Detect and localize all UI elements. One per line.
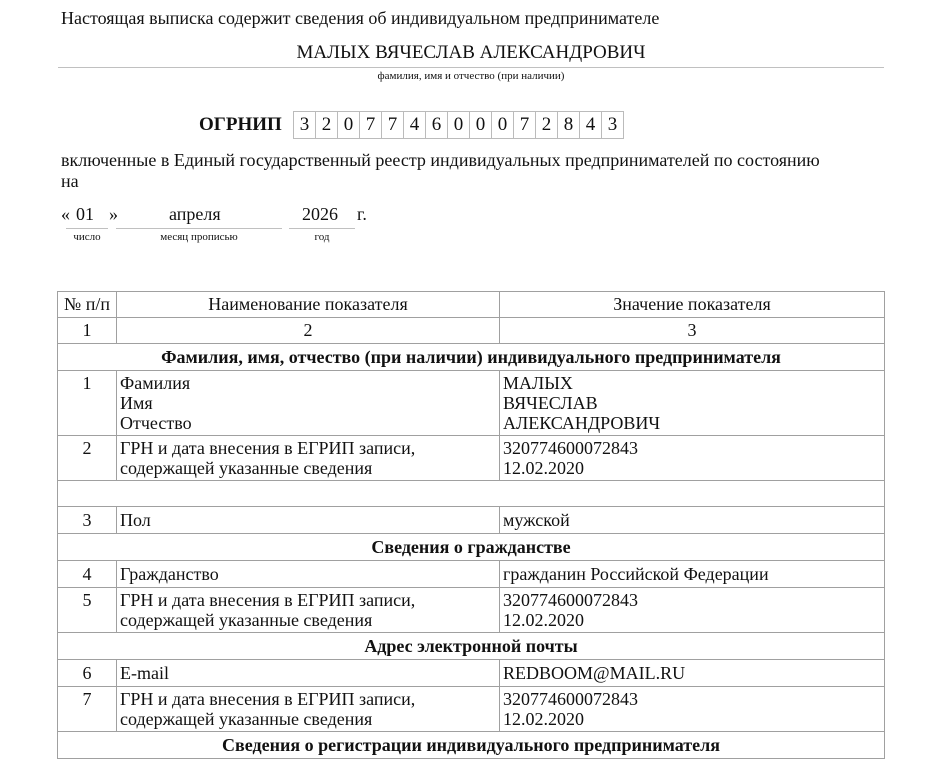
indicator-value-line: 12.02.2020 bbox=[503, 709, 881, 729]
indicator-value-line: 12.02.2020 bbox=[503, 458, 881, 478]
close-quote: » bbox=[109, 204, 118, 225]
column-number-2: 2 bbox=[117, 318, 500, 344]
date-month: апреля bbox=[169, 204, 221, 225]
indicator-value-line: АЛЕКСАНДРОВИЧ bbox=[503, 413, 881, 433]
entrepreneur-full-name: МАЛЫХ ВЯЧЕСЛАВ АЛЕКСАНДРОВИЧ bbox=[58, 42, 884, 64]
indicator-value-line: 12.02.2020 bbox=[503, 610, 881, 630]
section-title: Фамилия, имя, отчество (при наличии) инд… bbox=[58, 344, 885, 371]
indicator-name-line: содержащей указанные сведения bbox=[120, 458, 496, 478]
indicator-name: ГРН и дата внесения в ЕГРИП записи,содер… bbox=[117, 687, 500, 732]
ogrnip-digit: 2 bbox=[315, 111, 338, 139]
indicator-value: МАЛЫХВЯЧЕСЛАВАЛЕКСАНДРОВИЧ bbox=[500, 371, 885, 436]
indicator-value: 32077460007284312.02.2020 bbox=[500, 436, 885, 481]
table-row: 6E-mailREDBOOM@MAIL.RU bbox=[58, 660, 885, 687]
indicator-name: ГРН и дата внесения в ЕГРИП записи,содер… bbox=[117, 588, 500, 633]
year-underline bbox=[289, 228, 355, 229]
empty-cell bbox=[58, 481, 885, 507]
ogrnip-digit: 7 bbox=[513, 111, 536, 139]
name-underline bbox=[58, 67, 884, 68]
empty-row bbox=[58, 481, 885, 507]
indicator-value-line: МАЛЫХ bbox=[503, 373, 881, 393]
indicator-value: REDBOOM@MAIL.RU bbox=[500, 660, 885, 687]
ogrnip-digit-boxes: 320774600072843 bbox=[294, 111, 624, 139]
ogrnip-digit: 0 bbox=[447, 111, 470, 139]
indicator-name-line: содержащей указанные сведения bbox=[120, 610, 496, 630]
ogrnip-digit: 7 bbox=[381, 111, 404, 139]
indicator-value-line: 320774600072843 bbox=[503, 689, 881, 709]
indicator-value: 32077460007284312.02.2020 bbox=[500, 687, 885, 732]
indicator-name: E-mail bbox=[117, 660, 500, 687]
indicator-value-line: мужской bbox=[503, 507, 881, 533]
row-number: 6 bbox=[58, 660, 117, 687]
date-day: 01 bbox=[76, 204, 94, 225]
ogrnip-digit: 3 bbox=[293, 111, 316, 139]
name-caption: фамилия, имя и отчество (при наличии) bbox=[58, 70, 884, 82]
row-number: 2 bbox=[58, 436, 117, 481]
header-indicator-value: Значение показателя bbox=[500, 292, 885, 318]
year-suffix: г. bbox=[357, 204, 367, 225]
open-quote: « bbox=[61, 204, 70, 225]
indicator-value-line: 320774600072843 bbox=[503, 590, 881, 610]
row-number: 7 bbox=[58, 687, 117, 732]
table-row: 2ГРН и дата внесения в ЕГРИП записи,соде… bbox=[58, 436, 885, 481]
column-numbers-row: 1 2 3 bbox=[58, 318, 885, 344]
indicator-name-line: Имя bbox=[120, 393, 496, 413]
ogrnip-digit: 4 bbox=[579, 111, 602, 139]
day-caption: число bbox=[66, 231, 108, 243]
indicator-name-line: E-mail bbox=[120, 660, 496, 686]
indicator-value-line: ВЯЧЕСЛАВ bbox=[503, 393, 881, 413]
indicator-name-line: Гражданство bbox=[120, 561, 496, 587]
ogrnip-digit: 6 bbox=[425, 111, 448, 139]
indicator-name-line: ГРН и дата внесения в ЕГРИП записи, bbox=[120, 590, 496, 610]
indicator-name-line: ГРН и дата внесения в ЕГРИП записи, bbox=[120, 438, 496, 458]
section-header-row: Сведения о гражданстве bbox=[58, 534, 885, 561]
indicator-value-line: гражданин Российской Федерации bbox=[503, 561, 881, 587]
indicator-value-line: 320774600072843 bbox=[503, 438, 881, 458]
ogrnip-digit: 2 bbox=[535, 111, 558, 139]
ogrnip-digit: 4 bbox=[403, 111, 426, 139]
indicator-name-line: Отчество bbox=[120, 413, 496, 433]
table-row: 1ФамилияИмяОтчествоМАЛЫХВЯЧЕСЛАВАЛЕКСАНД… bbox=[58, 371, 885, 436]
indicator-value-line: REDBOOM@MAIL.RU bbox=[503, 660, 881, 686]
ogrnip-digit: 0 bbox=[469, 111, 492, 139]
section-header-row: Адрес электронной почты bbox=[58, 633, 885, 660]
header-indicator-name: Наименование показателя bbox=[117, 292, 500, 318]
extract-table: № п/п Наименование показателя Значение п… bbox=[57, 291, 885, 759]
ogrnip-digit: 8 bbox=[557, 111, 580, 139]
indicator-name-line: содержащей указанные сведения bbox=[120, 709, 496, 729]
ogrnip-digit: 7 bbox=[359, 111, 382, 139]
section-title: Сведения о гражданстве bbox=[58, 534, 885, 561]
column-number-1: 1 bbox=[58, 318, 117, 344]
indicator-name-line: Фамилия bbox=[120, 373, 496, 393]
ogrnip-label: ОГРНИП bbox=[199, 114, 282, 136]
indicator-name: Гражданство bbox=[117, 561, 500, 588]
header-number: № п/п bbox=[58, 292, 117, 318]
included-text: включенные в Единый государственный реес… bbox=[61, 150, 841, 192]
intro-text: Настоящая выписка содержит сведения об и… bbox=[61, 8, 659, 29]
row-number: 3 bbox=[58, 507, 117, 534]
month-caption: месяц прописью bbox=[116, 231, 282, 243]
row-number: 4 bbox=[58, 561, 117, 588]
indicator-value: мужской bbox=[500, 507, 885, 534]
ogrnip-digit: 3 bbox=[601, 111, 624, 139]
ogrnip-digit: 0 bbox=[491, 111, 514, 139]
indicator-value: гражданин Российской Федерации bbox=[500, 561, 885, 588]
section-title: Сведения о регистрации индивидуального п… bbox=[58, 732, 885, 759]
indicator-name: ФамилияИмяОтчество bbox=[117, 371, 500, 436]
row-number: 1 bbox=[58, 371, 117, 436]
table-row: 5ГРН и дата внесения в ЕГРИП записи,соде… bbox=[58, 588, 885, 633]
indicator-name-line: ГРН и дата внесения в ЕГРИП записи, bbox=[120, 689, 496, 709]
table-row: 4Гражданствогражданин Российской Федерац… bbox=[58, 561, 885, 588]
ogrnip-digit: 0 bbox=[337, 111, 360, 139]
section-title: Адрес электронной почты bbox=[58, 633, 885, 660]
indicator-name: ГРН и дата внесения в ЕГРИП записи,содер… bbox=[117, 436, 500, 481]
section-header-row: Фамилия, имя, отчество (при наличии) инд… bbox=[58, 344, 885, 371]
table-header-row: № п/п Наименование показателя Значение п… bbox=[58, 292, 885, 318]
table-row: 7ГРН и дата внесения в ЕГРИП записи,соде… bbox=[58, 687, 885, 732]
month-underline bbox=[116, 228, 282, 229]
table-row: 3Полмужской bbox=[58, 507, 885, 534]
indicator-name-line: Пол bbox=[120, 507, 496, 533]
date-year: 2026 bbox=[302, 204, 338, 225]
year-caption: год bbox=[289, 231, 355, 243]
section-header-row: Сведения о регистрации индивидуального п… bbox=[58, 732, 885, 759]
indicator-name: Пол bbox=[117, 507, 500, 534]
day-underline bbox=[66, 228, 108, 229]
column-number-3: 3 bbox=[500, 318, 885, 344]
row-number: 5 bbox=[58, 588, 117, 633]
indicator-value: 32077460007284312.02.2020 bbox=[500, 588, 885, 633]
